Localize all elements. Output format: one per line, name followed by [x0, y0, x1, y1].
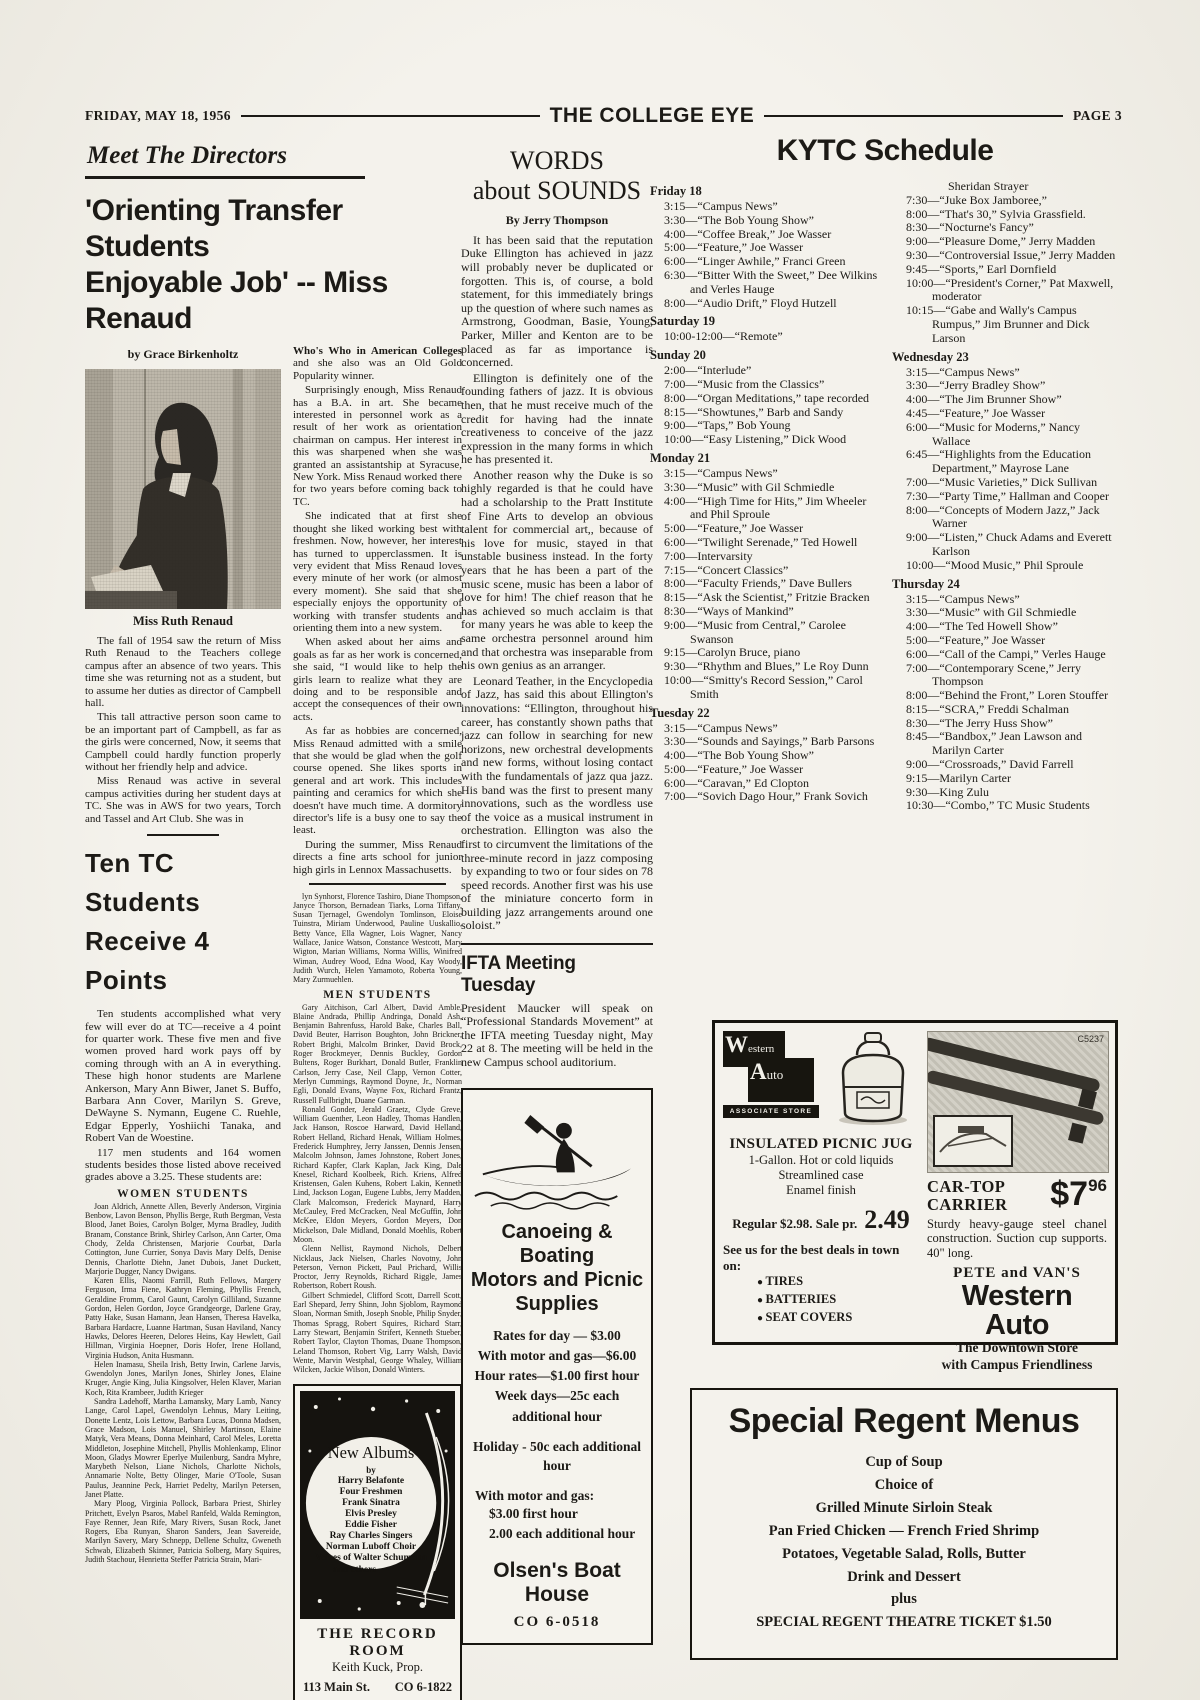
paper-title: THE COLLEGE EYE [550, 104, 755, 128]
boat-ad-title-2: Motors and Picnic [471, 1269, 643, 1291]
schedule-entry: 8:00—“Behind the Front,” Loren Stouffer [892, 689, 1120, 703]
schedule-entry: 10:00-12:00—“Remote” [650, 330, 878, 344]
article-paragraph: 117 men students and 164 women students … [85, 1147, 281, 1184]
carrier-price-cents: 96 [1088, 1176, 1107, 1195]
article-paragraph: Leonard Teather, in the Encyclopedia of … [461, 675, 653, 933]
schedule-entry: 5:00—“Feature,” Joe Wasser [650, 522, 878, 536]
schedule-entry: 3:30—“The Bob Young Show” [650, 214, 878, 228]
day-label: Friday 18 [650, 184, 878, 199]
directors-article: Meet The Directors 'Orienting Transfer S… [85, 142, 462, 1700]
schedule-carryover: Sheridan Strayer [892, 180, 1120, 194]
deal-bullet: BATTERIES [723, 1291, 919, 1309]
carrier-title: CAR-TOP CARRIER [927, 1178, 1008, 1215]
deal-bullet: TIRES [723, 1273, 919, 1291]
masthead: FRIDAY, MAY 18, 1956 THE COLLEGE EYE PAG… [85, 104, 1122, 128]
schedule-entry: 10:00—“Mood Music,” Phil Sproule [892, 559, 1120, 573]
carrier-title-1: CAR-TOP [927, 1177, 1005, 1196]
schedule-entry: 7:00—“Music from the Classics” [650, 378, 878, 392]
schedule-entry: 4:00—“Coffee Break,” Joe Wasser [650, 228, 878, 242]
schedule-entry: 3:15—“Campus News” [650, 200, 878, 214]
headline-line-2: Enjoyable Job' -- Miss Renaud [85, 266, 388, 335]
record-store-phone: CO 6-1822 [395, 1680, 452, 1695]
schedule-entry: 8:30—“Ways of Mankind” [650, 605, 878, 619]
photo-caption: Miss Ruth Renaud [85, 614, 281, 629]
schedule-entry: 4:45—“Feature,” Joe Wasser [892, 407, 1120, 421]
schedule-entry: 4:00—“The Bob Young Show” [650, 749, 878, 763]
article-paragraph: Surprisingly enough, Miss Renaud has a B… [293, 384, 462, 508]
schedule-entry: 8:30—“Nocturne's Fancy” [892, 221, 1120, 235]
schedule-entry: 6:30—“Bitter With the Sweet,” Dee Wilkin… [650, 269, 878, 297]
honor-headline-line-2: Receive 4 Points [85, 926, 209, 995]
article-paragraph: This tall attractive person soon came to… [85, 711, 281, 773]
schedule-entry: 9:30—King Zulu [892, 786, 1120, 800]
boat-ad-title-1: Canoeing & Boating [501, 1221, 612, 1267]
western-auto-ad: Western Auto ASSOCIATE STORE INSULATED P… [712, 1020, 1118, 1345]
article-paragraph: She indicated that at first she thought … [293, 510, 462, 634]
schedule-entry: 10:00—“Smitty's Record Session,” Carol S… [650, 674, 878, 702]
article-paragraph: Ellington is definitely one of the found… [461, 372, 653, 467]
logo-estern: estern [748, 1043, 774, 1055]
schedule-entry: 9:45—“Sports,” Earl Dornfield [892, 263, 1120, 277]
article-paragraph: As far as hobbies are concerned, Miss Re… [293, 725, 462, 837]
artist-name: Four Freshmen [307, 1487, 435, 1498]
section-kicker: Meet The Directors [85, 142, 365, 179]
picnic-jug-illustration [827, 1031, 919, 1127]
schedule-entry: 3:15—“Campus News” [892, 593, 1120, 607]
schedule-entry: 7:15—“Concert Classics” [650, 564, 878, 578]
kytc-schedule: KYTC Schedule Friday 18 3:15—“Campus New… [650, 134, 1120, 813]
record-ad-by: by [307, 1465, 435, 1475]
motor-rate-line: $3.00 first hour [469, 1504, 645, 1524]
honor-roll-text: Ten students accomplished what very few … [85, 1008, 281, 1184]
directors-col-b-text: Surprisingly enough, Miss Renaud has a B… [293, 384, 462, 876]
schedule-entry: 10:30—“Combo,” TC Music Students [892, 799, 1120, 813]
schedule-entry: 7:00—Intervarsity [650, 550, 878, 564]
boat-ad-rates: Rates for day — $3.00With motor and gas—… [469, 1326, 645, 1427]
record-ad-artists: Harry BelafonteFour FreshmenFrank Sinatr… [307, 1476, 435, 1564]
names-paragraph: Gary Aitchison, Carl Albert, David Amble… [293, 1003, 462, 1105]
page-number: PAGE 3 [1073, 108, 1122, 124]
artist-name: Harry Belafonte [307, 1476, 435, 1487]
schedule-entry: 6:00—“Music for Moderns,” Nancy Wallace [892, 421, 1120, 449]
words-title-line-1: WORDS [510, 146, 604, 175]
rate-line: Rates for day — $3.00 [469, 1326, 645, 1346]
logo-w: W [725, 1032, 748, 1057]
men-students-header: MEN STUDENTS [293, 989, 462, 1001]
ifta-headline: IFTA Meeting Tuesday [461, 953, 653, 997]
logo-uto: uto [767, 1067, 784, 1082]
artist-name: Elvis Presley [307, 1509, 435, 1520]
names-paragraph: Glenn Nellist, Raymond Nichols, Delbert … [293, 1244, 462, 1290]
saturday-entries: 10:00-12:00—“Remote” [650, 330, 878, 344]
miss-renaud-photo [85, 369, 281, 609]
artist-name: Ray Charles Singers [307, 1531, 435, 1542]
jug-detail-line: Streamlined case [723, 1168, 919, 1183]
schedule-entry: 6:00—“Caravan,” Ed Clopton [650, 777, 878, 791]
schedule-entry: 10:15—“Gabe and Wally's Campus Rumpus,” … [892, 304, 1120, 345]
names-paragraph: Ronald Gonder, Jerald Graetz, Clyde Grev… [293, 1105, 462, 1244]
menu-line: Potatoes, Vegetable Salad, Rolls, Butter [692, 1543, 1116, 1566]
artist-name: Eddie Fisher [307, 1520, 435, 1531]
schedule-entry: 9:00—“Taps,” Bob Young [650, 419, 878, 433]
names-paragraph: Karen Ellis, Naomi Farrill, Ruth Fellows… [85, 1276, 281, 1360]
words-byline: By Jerry Thompson [461, 213, 653, 228]
names-carryover: lyn Synhorst, Florence Tashiro, Diane Th… [293, 892, 462, 985]
tuesday-evening-entries: 7:30—“Juke Box Jamboree,”8:00—“That's 30… [892, 194, 1120, 346]
schedule-entry: 9:15—Marilyn Carter [892, 772, 1120, 786]
rate-line: With motor and gas—$6.00 [469, 1346, 645, 1366]
names-paragraph: Helen Inamasu, Sheila Irish, Betty Irwin… [85, 1360, 281, 1397]
western-auto-logo: Western Auto ASSOCIATE STORE [723, 1031, 819, 1123]
tuesday-entries: 3:15—“Campus News”3:30—“Sounds and Sayin… [650, 722, 878, 805]
jug-detail-line: 1-Gallon. Hot or cold liquids [723, 1153, 919, 1168]
menu-line: Drink and Dessert [692, 1566, 1116, 1589]
newspaper-page: FRIDAY, MAY 18, 1956 THE COLLEGE EYE PAG… [0, 0, 1200, 1700]
schedule-entry: 8:15—“SCRA,” Freddi Schalman [892, 703, 1120, 717]
schedule-entry: 8:00—“Organ Meditations,” tape recorded [650, 392, 878, 406]
day-label: Thursday 24 [892, 577, 1120, 592]
deals-bullets: TIRESBATTERIESSEAT COVERS [723, 1273, 919, 1327]
men-students-list: Gary Aitchison, Carl Albert, David Amble… [293, 1003, 462, 1375]
column-rule [461, 943, 653, 945]
store-tagline-2: with Campus Friendliness [927, 1357, 1107, 1374]
monday-entries: 3:15—“Campus News”3:30—“Music” with Gil … [650, 467, 878, 702]
schedule-entry: 3:30—“Music” with Gil Schmiedle [892, 606, 1120, 620]
names-paragraph: Gilbert Schmiedel, Clifford Scott, Darre… [293, 1291, 462, 1375]
western-ad-right: C5237 CAR-TOP CARRIER $796 [927, 1031, 1107, 1334]
western-ad-left: Western Auto ASSOCIATE STORE INSULATED P… [723, 1031, 919, 1334]
carrier-art [928, 1032, 1108, 1172]
schedule-entry: 8:15—“Showtunes,” Barb and Sandy [650, 406, 878, 420]
left-column-a: by Grace Birkenholtz [85, 345, 281, 1700]
schedule-entry: 6:45—“Highlights from the Education Depa… [892, 448, 1120, 476]
byline: by Grace Birkenholtz [85, 347, 281, 362]
article-headline: 'Orienting Transfer Students Enjoyable J… [85, 193, 462, 337]
schedule-entry: 6:00—“Linger Awhile,” Franci Green [650, 255, 878, 269]
names-paragraph: Sandra Ladehoff, Martha Lamansky, Mary L… [85, 1397, 281, 1499]
schedule-entry: 9:15—Carolyn Bruce, piano [650, 646, 878, 660]
schedule-entry: 9:30—“Rhythm and Blues,” Le Roy Dunn [650, 660, 878, 674]
menu-line: Pan Fried Chicken — French Fried Shrimp [692, 1520, 1116, 1543]
schedule-entry: 3:30—“Sounds and Sayings,” Barb Parsons [650, 735, 878, 749]
logo-auto-box: Auto [748, 1058, 814, 1102]
boat-ad-title-3: Supplies [515, 1293, 598, 1315]
article-paragraph: Ten students accomplished what very few … [85, 1008, 281, 1144]
canoe-illustration [469, 1098, 645, 1214]
deals-line: See us for the best deals in town on: [723, 1242, 919, 1273]
kytc-column-1: Friday 18 3:15—“Campus News”3:30—“The Bo… [650, 180, 878, 813]
schedule-entry: 6:00—“Twilight Serenade,” Ted Howell [650, 536, 878, 550]
motor-rates-header: With motor and gas: [469, 1488, 645, 1504]
regent-menus-ad: Special Regent Menus Cup of SoupChoice o… [690, 1388, 1118, 1660]
carrier-price: $796 [1050, 1178, 1107, 1210]
article-paragraph: It has been said that the reputation Duk… [461, 234, 653, 370]
menu-line: SPECIAL REGENT THEATRE TICKET $1.50 [692, 1611, 1116, 1634]
honor-headline-line-1: Ten TC Students [85, 848, 200, 917]
boat-house-name: Olsen's Boat House [469, 1559, 645, 1607]
record-store-contact: 113 Main St. CO 6-1822 [300, 1680, 455, 1695]
article-paragraph: Miss Renaud was active in several campus… [85, 775, 281, 825]
carrier-price-dollars: $7 [1050, 1175, 1088, 1213]
schedule-entry: 9:00—“Music from Central,” Carolee Swans… [650, 619, 878, 647]
article-paragraph: The fall of 1954 saw the return of Miss … [85, 635, 281, 709]
schedule-entry: 4:00—“The Jim Brunner Show” [892, 393, 1120, 407]
day-label: Monday 21 [650, 451, 878, 466]
boat-ad-title: Canoeing & Boating Motors and Picnic Sup… [469, 1220, 645, 1316]
schedule-entry: 3:30—“Jerry Bradley Show” [892, 379, 1120, 393]
car-top-carrier-photo: C5237 [927, 1031, 1109, 1173]
names-paragraph: Joan Aldrich, Annette Allen, Beverly And… [85, 1202, 281, 1276]
schedule-entry: 7:30—“Party Time,” Hallman and Cooper [892, 490, 1120, 504]
wednesday-entries: 3:15—“Campus News”3:30—“Jerry Bradley Sh… [892, 366, 1120, 573]
schedule-entry: 4:00—“The Ted Howell Show” [892, 620, 1120, 634]
carrier-description: Sturdy heavy-gauge steel chanel construc… [927, 1217, 1107, 1260]
rate-line: Hour rates—$1.00 first hour [469, 1366, 645, 1386]
issue-date: FRIDAY, MAY 18, 1956 [85, 108, 231, 124]
jug-price-label: Regular $2.98. Sale pr. [732, 1216, 857, 1232]
thursday-entries: 3:15—“Campus News”3:30—“Music” with Gil … [892, 593, 1120, 814]
schedule-entry: 8:45—“Bandbox,” Jean Lawson and Marilyn … [892, 730, 1120, 758]
artist-name: Voices of Walter Schumann [307, 1553, 435, 1564]
jug-detail-line: Enamel finish [723, 1183, 919, 1198]
friday-entries: 3:15—“Campus News”3:30—“The Bob Young Sh… [650, 200, 878, 310]
menu-line: Choice of [692, 1474, 1116, 1497]
schedule-entry: 8:00—“Faculty Friends,” Dave Bullers [650, 577, 878, 591]
schedule-entry: 7:00—“Music Varieties,” Dick Sullivan [892, 476, 1120, 490]
schedule-entry: 3:30—“Music” with Gil Schmiedle [650, 481, 878, 495]
words-title-line-2: about SOUNDS [473, 176, 641, 205]
masthead-rule-left [241, 115, 540, 117]
schedule-entry: 10:00—“Easy Listening,” Dick Wood [650, 433, 878, 447]
store-name: Western Auto [927, 1282, 1107, 1340]
day-label: Wednesday 23 [892, 350, 1120, 365]
schedule-entry: 8:00—“That's 30,” Sylvia Grassfield. [892, 208, 1120, 222]
article-paragraph: Another reason why the Duke is so highly… [461, 469, 653, 673]
jug-details: 1-Gallon. Hot or cold liquidsStreamlined… [723, 1153, 919, 1198]
jug-sale-price: 2.49 [864, 1205, 910, 1235]
column-divider [309, 883, 446, 885]
article-paragraph: Who's Who in American Colleges and she a… [293, 345, 462, 382]
left-column-b: Who's Who in American Colleges and she a… [293, 345, 462, 1700]
day-label: Tuesday 22 [650, 706, 878, 721]
article-paragraph: When asked about her aims and goals as f… [293, 636, 462, 723]
schedule-entry: 2:00—“Interlude” [650, 364, 878, 378]
boat-house-phone: CO 6-0518 [469, 1614, 645, 1631]
schedule-entry: 3:15—“Campus News” [650, 722, 878, 736]
record-store-address: 113 Main St. [303, 1680, 370, 1695]
menu-line: Cup of Soup [692, 1451, 1116, 1474]
rate-line: Week days—25c each additional hour [469, 1386, 645, 1427]
schedule-entry: 7:30—“Juke Box Jamboree,” [892, 194, 1120, 208]
motor-rate-line: 2.00 each additional hour [469, 1524, 645, 1544]
sunday-entries: 2:00—“Interlude”7:00—“Music from the Cla… [650, 364, 878, 447]
store-tagline-1: The Downtown Store [927, 1340, 1107, 1357]
section-rule [147, 834, 219, 836]
directors-col-a-text: The fall of 1954 saw the return of Miss … [85, 635, 281, 825]
schedule-entry: 8:30—“The Jerry Huss Show” [892, 717, 1120, 731]
kytc-column-2: Sheridan Strayer 7:30—“Juke Box Jamboree… [892, 180, 1120, 813]
photo-code: C5237 [1077, 1034, 1104, 1044]
words-about-sounds-column: WORDS about SOUNDS By Jerry Thompson It … [461, 146, 653, 1645]
schedule-entry: 8:15—“Ask the Scientist,” Fritzie Bracke… [650, 591, 878, 605]
honor-roll-headline: Ten TC Students Receive 4 Points [85, 844, 281, 1000]
logo-associate-store: ASSOCIATE STORE [723, 1105, 819, 1118]
schedule-entry: 3:15—“Campus News” [650, 467, 878, 481]
regent-menu-lines: Cup of SoupChoice ofGrilled Minute Sirlo… [692, 1451, 1116, 1634]
record-store-prop: Keith Kuck, Prop. [300, 1660, 455, 1675]
women-students-header: WOMEN STUDENTS [85, 1188, 281, 1200]
schedule-entry: 5:00—“Feature,” Joe Wasser [650, 763, 878, 777]
artist-name: Frank Sinatra [307, 1498, 435, 1509]
regent-ad-title: Special Regent Menus [692, 1402, 1116, 1441]
artist-name: Norman Luboff Choir [307, 1542, 435, 1553]
headline-line-1: 'Orienting Transfer Students [85, 194, 343, 263]
record-room-ad: New Albums by Harry BelafonteFour Freshm… [293, 1384, 462, 1700]
record-ad-title: New Albums [307, 1443, 435, 1463]
names-paragraph: Mary Ploog, Virginia Pollock, Barbara Pr… [85, 1499, 281, 1564]
holiday-rate: Holiday - 50c each additional hour [469, 1438, 645, 1476]
schedule-entry: 8:00—“Concepts of Modern Jazz,” Jack War… [892, 504, 1120, 532]
schedule-entry: 8:00—“Audio Drift,” Floyd Hutzell [650, 297, 878, 311]
women-students-list: Joan Aldrich, Annette Allen, Beverly And… [85, 1202, 281, 1565]
ifta-paragraph: President Maucker will speak on “Profess… [461, 1002, 653, 1070]
lead-rest: and she also was an Old Gold Popularity … [293, 357, 462, 381]
menu-line: plus [692, 1588, 1116, 1611]
record-ad-others: and others [307, 1565, 435, 1575]
masthead-rule-right [764, 115, 1063, 117]
portrait-illustration [85, 369, 281, 609]
schedule-entry: 5:00—“Feature,” Joe Wasser [650, 241, 878, 255]
jug-title: INSULATED PICNIC JUG [723, 1136, 919, 1153]
schedule-entry: 4:00—“High Time for Hits,” Jim Wheeler a… [650, 495, 878, 523]
logo-a: A [750, 1059, 767, 1084]
canoe-art [469, 1098, 645, 1214]
schedule-entry: 3:15—“Campus News” [892, 366, 1120, 380]
deal-bullet: SEAT COVERS [723, 1309, 919, 1327]
record-ad-copy: New Albums by Harry BelafonteFour Freshm… [307, 1443, 435, 1575]
article-paragraph: During the summer, Miss Renaud directs a… [293, 839, 462, 876]
words-article-text: It has been said that the reputation Duk… [461, 234, 653, 933]
schedule-entry: 6:00—“Call of the Campi,” Verles Hauge [892, 648, 1120, 662]
words-title: WORDS about SOUNDS [461, 146, 653, 206]
schedule-entry: 10:00—“President's Corner,” Pat Maxwell,… [892, 277, 1120, 305]
menu-line: Grilled Minute Sirloin Steak [692, 1497, 1116, 1520]
motor-rates: $3.00 first hour2.00 each additional hou… [469, 1504, 645, 1545]
schedule-entry: 9:30—“Controversial Issue,” Jerry Madden [892, 249, 1120, 263]
schedule-entry: 9:00—“Pleasure Dome,” Jerry Madden [892, 235, 1120, 249]
schedule-entry: 5:00—“Feature,” Joe Wasser [892, 634, 1120, 648]
schedule-entry: 9:00—“Listen,” Chuck Adams and Everett K… [892, 531, 1120, 559]
day-label: Sunday 20 [650, 348, 878, 363]
kytc-title: KYTC Schedule [650, 134, 1120, 168]
record-store-name: THE RECORD ROOM [300, 1626, 455, 1660]
schedule-entry: 7:00—“Sovich Dago Hour,” Frank Sovich [650, 790, 878, 804]
day-label: Saturday 19 [650, 314, 878, 329]
schedule-entry: 9:00—“Crossroads,” David Farrell [892, 758, 1120, 772]
carrier-title-2: CARRIER [927, 1195, 1008, 1214]
jug-price-row: Regular $2.98. Sale pr. 2.49 [723, 1205, 919, 1235]
record-illustration: New Albums by Harry BelafonteFour Freshm… [300, 1391, 455, 1619]
boat-house-ad: Canoeing & Boating Motors and Picnic Sup… [461, 1088, 653, 1646]
schedule-entry: 7:00—“Contemporary Scene,” Jerry Thompso… [892, 662, 1120, 690]
lead-bold: Who's Who in American Colleges [293, 345, 462, 357]
